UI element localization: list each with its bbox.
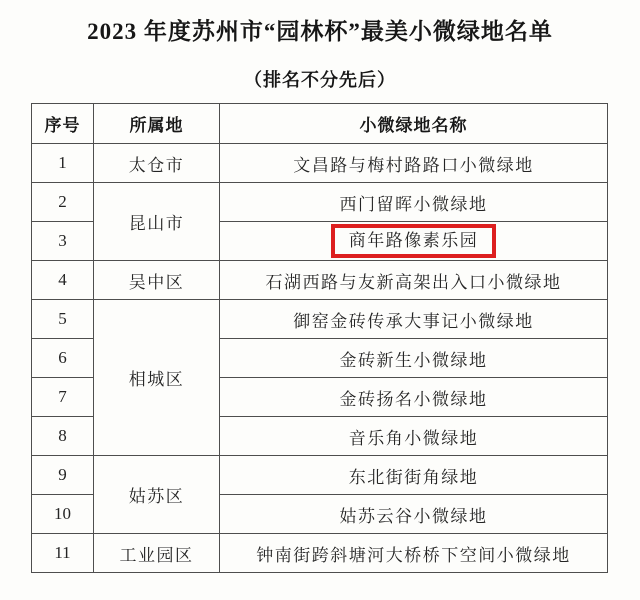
cell-index: 2 xyxy=(32,183,94,222)
cell-name: 东北街街角绿地 xyxy=(220,456,608,495)
red-highlight-box: 商年路像素乐园 xyxy=(331,224,497,258)
cell-index: 10 xyxy=(32,495,94,534)
cell-name-highlighted: 商年路像素乐园 xyxy=(220,222,608,261)
cell-region: 工业园区 xyxy=(94,534,220,573)
table-row: 4 吴中区 石湖西路与友新高架出入口小微绿地 xyxy=(32,261,608,300)
cell-index: 4 xyxy=(32,261,94,300)
col-header-name: 小微绿地名称 xyxy=(220,104,608,144)
cell-index: 9 xyxy=(32,456,94,495)
table-row: 1 太仓市 文昌路与梅村路路口小微绿地 xyxy=(32,144,608,183)
table-row: 9 姑苏区 东北街街角绿地 xyxy=(32,456,608,495)
cell-index: 3 xyxy=(32,222,94,261)
cell-region: 相城区 xyxy=(94,300,220,456)
col-header-region: 所属地 xyxy=(94,104,220,144)
col-header-index: 序号 xyxy=(32,104,94,144)
table-row: 5 相城区 御窑金砖传承大事记小微绿地 xyxy=(32,300,608,339)
cell-name: 金砖新生小微绿地 xyxy=(220,339,608,378)
cell-name: 石湖西路与友新高架出入口小微绿地 xyxy=(220,261,608,300)
cell-index: 7 xyxy=(32,378,94,417)
table-row: 2 昆山市 西门留晖小微绿地 xyxy=(32,183,608,222)
cell-name: 金砖扬名小微绿地 xyxy=(220,378,608,417)
cell-region: 吴中区 xyxy=(94,261,220,300)
cell-region: 姑苏区 xyxy=(94,456,220,534)
page-subtitle: （排名不分先后） xyxy=(0,66,640,92)
cell-name: 文昌路与梅村路路口小微绿地 xyxy=(220,144,608,183)
cell-index: 5 xyxy=(32,300,94,339)
table-row: 11 工业园区 钟南街跨斜塘河大桥桥下空间小微绿地 xyxy=(32,534,608,573)
cell-name: 音乐角小微绿地 xyxy=(220,417,608,456)
cell-region: 太仓市 xyxy=(94,144,220,183)
green-space-table: 序号 所属地 小微绿地名称 1 太仓市 文昌路与梅村路路口小微绿地 2 昆山市 … xyxy=(31,103,608,573)
document-page: 2023 年度苏州市“园林杯”最美小微绿地名单 （排名不分先后） 序号 所属地 … xyxy=(0,0,640,600)
page-title: 2023 年度苏州市“园林杯”最美小微绿地名单 xyxy=(0,0,640,46)
cell-name: 姑苏云谷小微绿地 xyxy=(220,495,608,534)
cell-index: 8 xyxy=(32,417,94,456)
table-header-row: 序号 所属地 小微绿地名称 xyxy=(32,104,608,144)
cell-region: 昆山市 xyxy=(94,183,220,261)
cell-index: 6 xyxy=(32,339,94,378)
cell-name: 御窑金砖传承大事记小微绿地 xyxy=(220,300,608,339)
cell-index: 11 xyxy=(32,534,94,573)
cell-index: 1 xyxy=(32,144,94,183)
cell-name: 钟南街跨斜塘河大桥桥下空间小微绿地 xyxy=(220,534,608,573)
cell-name: 西门留晖小微绿地 xyxy=(220,183,608,222)
